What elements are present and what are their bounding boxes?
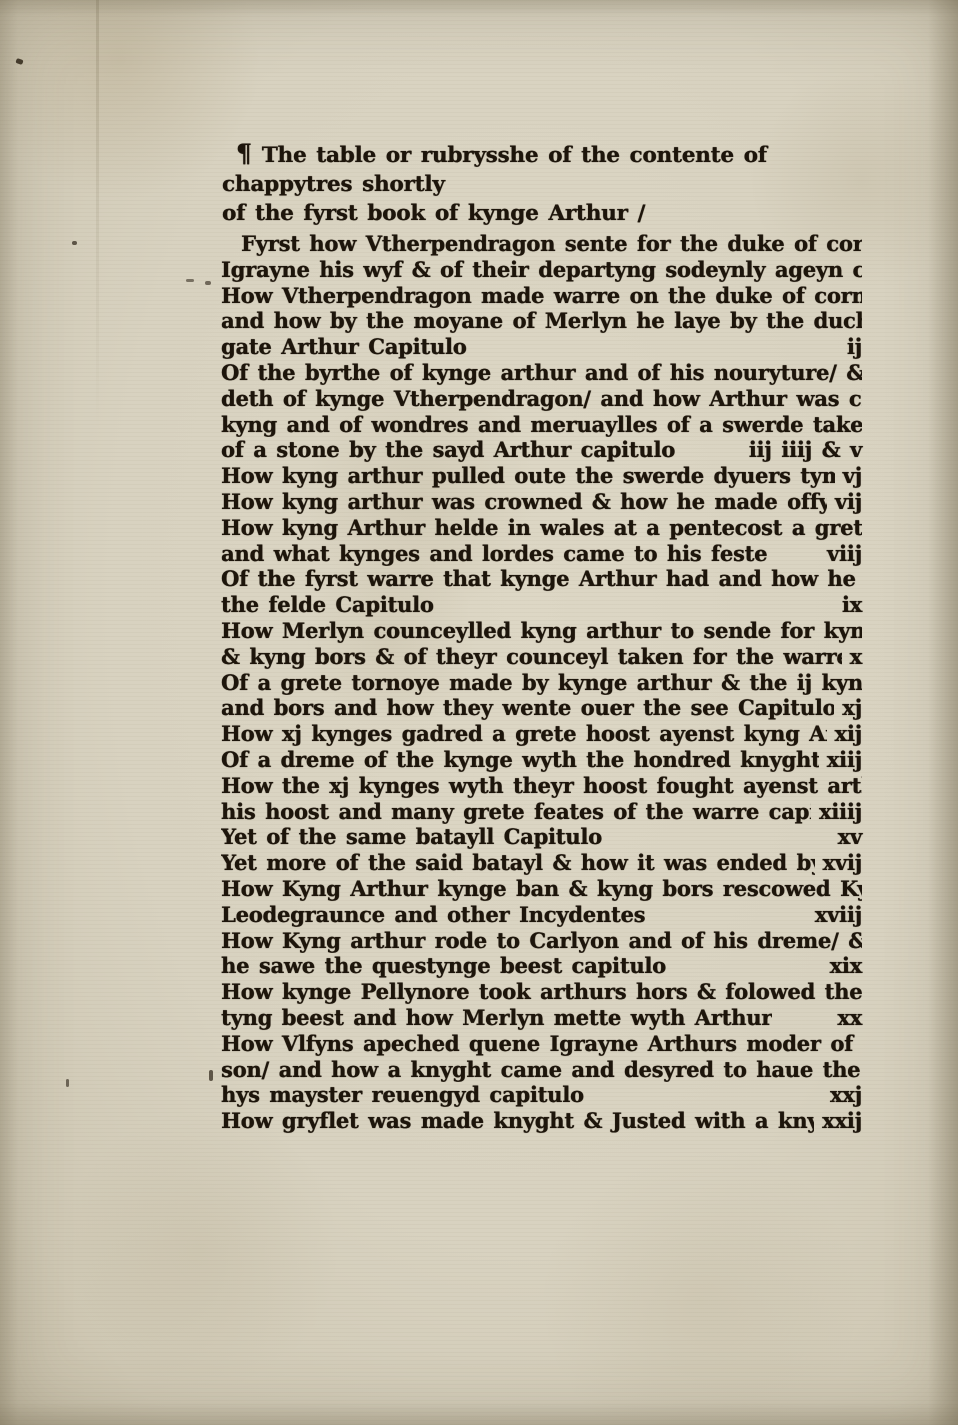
chapter-number: xv [830,824,862,850]
toc-line: of a stone by the sayd Arthur capituloii… [221,437,862,463]
toc-line-text: How gryflet was made knyght & Justed wit… [221,1108,814,1134]
chapter-number: x [842,644,862,670]
toc-heading-line1: ¶The table or rubrysshe of the contente … [222,139,864,199]
toc-line-text: Of a grete tornoye made by kynge arthur … [221,670,862,696]
toc-line-text: How Kyng Arthur kynge ban & kyng bors re… [221,876,862,902]
toc-line: hys mayster reuengyd capituloxxj [221,1082,862,1108]
toc-line: How Kyng Arthur kynge ban & kyng bors re… [221,876,862,902]
toc-line: and what kynges and lordes came to his f… [221,541,862,567]
toc-line-text: son/ and how a knyght came and desyred t… [221,1057,862,1083]
chapter-number: ij [839,334,862,360]
toc-line-text: How kyng arthur was crowned & how he mad… [221,489,827,515]
toc-line-text: Of the fyrst warre that kynge Arthur had… [221,566,862,592]
toc-line-text: of a stone by the sayd Arthur capitulo [221,437,675,463]
toc-line-text: and what kynges and lordes came to his f… [221,541,767,567]
toc-line-text: his hoost and many grete feates of the w… [221,799,811,825]
chapter-number: xiiij [811,799,862,825]
toc-line: he sawe the questynge beest capituloxix [221,953,862,979]
toc-line: How Vtherpendragon made warre on the duk… [221,283,862,309]
toc-line: How kyng Arthur helde in wales at a pent… [221,515,862,541]
toc-line-text: Fyrst how Vtherpendragon sente for the d… [221,231,862,257]
toc-line-text: hys mayster reuengyd capitulo [221,1082,584,1108]
toc-line: and how by the moyane of Merlyn he laye … [221,308,862,334]
toc-line: How gryflet was made knyght & Justed wit… [221,1108,862,1134]
toc-line-text: deth of kynge Vtherpendragon/ and how Ar… [221,386,862,412]
toc-heading: ¶The table or rubrysshe of the contente … [222,139,864,228]
chapter-number: xix [822,953,862,979]
toc-heading-text1: The table or rubrysshe of the contente o… [222,143,767,197]
toc-line: Of the byrthe of kynge arthur and of his… [221,360,862,386]
toc-line-text: tyng beest and how Merlyn mette wyth Art… [221,1005,772,1031]
toc-line-text: Of the byrthe of kynge arthur and of his… [221,360,862,386]
book-page: ¶The table or rubrysshe of the contente … [0,0,958,1425]
ink-speck [186,279,194,282]
chapter-number: xvij [815,850,863,876]
paper-crease [96,0,99,430]
toc-line-text: How xj kynges gadred a grete hoost ayens… [221,721,827,747]
toc-line-text: How kynge Pellynore took arthurs hors & … [221,979,862,1005]
toc-line: Of the fyrst warre that kynge Arthur had… [221,566,862,592]
toc-line-text: and bors and how they wente ouer the see… [221,695,834,721]
toc-line-text: he sawe the questynge beest capitulo [221,953,666,979]
toc-line: his hoost and many grete feates of the w… [221,799,862,825]
ink-speck [205,281,211,285]
chapter-number: viij [819,541,862,567]
toc-line-text: gate Arthur Capitulo [221,334,467,360]
chapter-number: xviij [807,902,862,928]
toc-line: How Merlyn counceylled kyng arthur to se… [221,618,862,644]
ink-speck [209,1070,213,1081]
toc-line: How Vlfyns apeched quene Igrayne Arthurs… [221,1031,862,1057]
toc-line: How the xj kynges wyth theyr hoost fough… [221,773,862,799]
toc-line-text: Igrayne his wyf & of their departyng sod… [221,257,862,283]
toc-line: and bors and how they wente ouer the see… [221,695,862,721]
toc-line: Fyrst how Vtherpendragon sente for the d… [221,231,862,257]
ink-speck [72,241,77,245]
chapter-number: xxj [822,1082,862,1108]
toc-line: deth of kynge Vtherpendragon/ and how Ar… [221,386,862,412]
chapter-number: xxij [814,1108,862,1134]
chapter-number: vj [835,463,862,489]
chapter-number: xij [827,721,863,747]
toc-line: Leodegraunce and other Incydentesxviij [221,902,862,928]
toc-list: Fyrst how Vtherpendragon sente for the d… [221,231,862,1134]
toc-line-text: Yet more of the said batayl & how it was… [221,850,815,876]
ink-speck [66,1079,69,1087]
toc-line: How kynge Pellynore took arthurs hors & … [221,979,862,1005]
toc-line-text: How Vtherpendragon made warre on the duk… [221,283,862,309]
toc-line-text: kyng and of wondres and meruaylles of a … [221,412,862,438]
toc-line: How kyng arthur pulled oute the swerde d… [221,463,862,489]
toc-line: gate Arthur Capituloij [221,334,862,360]
toc-line-text: How Vlfyns apeched quene Igrayne Arthurs… [221,1031,862,1057]
toc-line-text: How Merlyn counceylled kyng arthur to se… [221,618,862,644]
chapter-number: ix [834,592,862,618]
toc-line: How Kyng arthur rode to Carlyon and of h… [221,928,862,954]
toc-line-text: Leodegraunce and other Incydentes [221,902,645,928]
toc-line: Igrayne his wyf & of their departyng sod… [221,257,862,283]
chapter-number: vij [827,489,862,515]
toc-line-text: How Kyng arthur rode to Carlyon and of h… [221,928,862,954]
toc-line: son/ and how a knyght came and desyred t… [221,1057,862,1083]
toc-line: the felde Capituloix [221,592,862,618]
toc-line: kyng and of wondres and meruaylles of a … [221,412,862,438]
toc-line-text: How kyng arthur pulled oute the swerde d… [221,463,835,489]
toc-line-text: How the xj kynges wyth theyr hoost fough… [221,773,862,799]
toc-line-text: Yet of the same batayll Capitulo [221,824,602,850]
toc-line: Yet of the same batayll Capituloxv [221,824,862,850]
toc-heading-line2: of the fyrst book of kynge Arthur / [222,199,864,228]
chapter-number: xj [834,695,862,721]
toc-line-text: & kyng bors & of theyr counceyl taken fo… [221,644,842,670]
toc-line: Yet more of the said batayl & how it was… [221,850,862,876]
toc-line: & kyng bors & of theyr counceyl taken fo… [221,644,862,670]
chapter-number: xiij [819,747,862,773]
toc-line-text: and how by the moyane of Merlyn he laye … [221,308,862,334]
toc-line: Of a dreme of the kynge wyth the hondred… [221,747,862,773]
toc-line: tyng beest and how Merlyn mette wyth Art… [221,1005,862,1031]
scanned-book-photo: { "heading": { "pilcrow": "¶", "line1": … [0,0,958,1425]
toc-line: Of a grete tornoye made by kynge arthur … [221,670,862,696]
chapter-number: iij iiij & v [741,437,862,463]
toc-line-text: How kyng Arthur helde in wales at a pent… [221,515,862,541]
pilcrow-mark: ¶ [236,139,252,168]
toc-line: How xj kynges gadred a grete hoost ayens… [221,721,862,747]
toc-line-text: the felde Capitulo [221,592,434,618]
ink-speck [15,58,23,65]
chapter-number: xx [829,1005,862,1031]
toc-line: How kyng arthur was crowned & how he mad… [221,489,862,515]
toc-line-text: Of a dreme of the kynge wyth the hondred… [221,747,819,773]
